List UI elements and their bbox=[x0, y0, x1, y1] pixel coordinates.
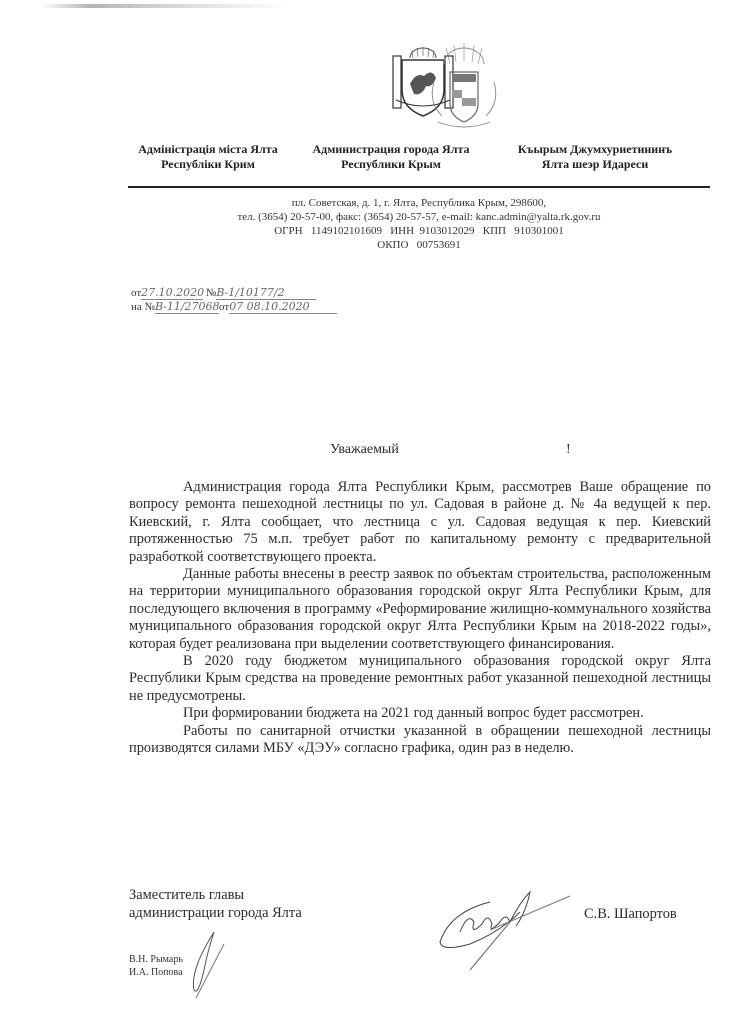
org-name-line: Адміністрація міста Ялта bbox=[130, 142, 286, 157]
outgoing-reference: от27.10.2020 №В-1/10177/2 bbox=[131, 286, 337, 300]
incoming-reference: на №В-11/27068от07 08.10.2020 bbox=[131, 300, 337, 314]
paragraph: Администрация города Ялта Республики Кры… bbox=[129, 479, 711, 566]
from-label: от bbox=[219, 301, 229, 313]
number-label: № bbox=[206, 287, 217, 299]
incoming-number: В-11/27068 bbox=[155, 300, 219, 314]
org-name-line: Къырым Джумхуриетининъ bbox=[505, 142, 685, 157]
greeting-exclamation: ! bbox=[566, 442, 571, 458]
document-reference: от27.10.2020 №В-1/10177/2 на №В-11/27068… bbox=[131, 286, 337, 314]
paragraph: Работы по санитарной отчистки указанной … bbox=[129, 723, 711, 758]
incoming-date: 07 08.10.2020 bbox=[229, 300, 337, 314]
header-divider bbox=[128, 186, 710, 188]
registry-codes-line: ОГРН 1149102101609 ИНН 9103012029 КПП 91… bbox=[130, 224, 708, 238]
outgoing-number: В-1/10177/2 bbox=[216, 286, 316, 300]
paragraph: Данные работы внесены в реестр заявок по… bbox=[129, 566, 711, 653]
org-name-ukrainian: Адміністрація міста Ялта Республіки Крим bbox=[130, 142, 286, 172]
signatory-name: С.В. Шапортов bbox=[584, 906, 677, 923]
outgoing-date: 27.10.2020 bbox=[141, 286, 203, 300]
contact-block: пл. Советская, д. 1, г. Ялта, Республика… bbox=[130, 196, 708, 252]
signatory-title: Заместитель главы администрации города Я… bbox=[129, 886, 302, 922]
paragraph: При формировании бюджета на 2021 год дан… bbox=[129, 705, 711, 722]
org-name-russian: Администрация города Ялта Республики Кры… bbox=[300, 142, 482, 172]
phone-email-line: тел. (3654) 20-57-00, факс: (3654) 20-57… bbox=[130, 210, 708, 224]
org-name-crimean-tatar: Къырым Джумхуриетининъ Ялта шеэр Идареси bbox=[505, 142, 685, 172]
greeting: Уважаемый bbox=[330, 442, 399, 458]
address-line: пл. Советская, д. 1, г. Ялта, Республика… bbox=[130, 196, 708, 210]
yalta-coat-of-arms-icon bbox=[424, 42, 504, 132]
scan-artifact bbox=[40, 4, 290, 8]
paragraph: В 2020 году бюджетом муниципального обра… bbox=[129, 653, 711, 705]
initials-signature-icon bbox=[180, 930, 230, 1000]
org-name-line: Администрация города Ялта bbox=[300, 142, 482, 157]
signatory-title-line: администрации города Ялта bbox=[129, 904, 302, 922]
executor-name: И.А. Попова bbox=[129, 966, 183, 979]
executor-name: В.Н. Рымарь bbox=[129, 953, 183, 966]
reply-to-label: на № bbox=[131, 301, 155, 313]
signatory-title-line: Заместитель главы bbox=[129, 886, 302, 904]
okpo-line: ОКПО 00753691 bbox=[130, 238, 708, 252]
org-name-line: Республіки Крим bbox=[130, 157, 286, 172]
org-name-line: Республики Крым bbox=[300, 157, 482, 172]
org-name-line: Ялта шеэр Идареси bbox=[505, 157, 685, 172]
executors: В.Н. Рымарь И.А. Попова bbox=[129, 953, 183, 979]
handwritten-signature-icon bbox=[430, 882, 580, 972]
letter-body: Администрация города Ялта Республики Кры… bbox=[129, 479, 711, 758]
from-label: от bbox=[131, 287, 141, 299]
